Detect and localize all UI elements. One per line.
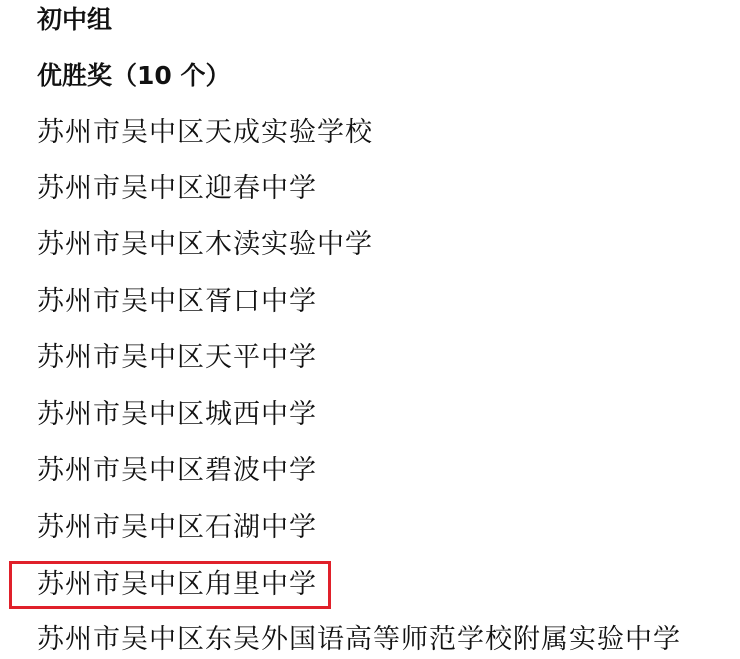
school-item: 苏州市吴中区东吴外国语高等师范学校附属实验中学 xyxy=(37,624,681,656)
school-item: 苏州市吴中区迎春中学 xyxy=(37,173,317,205)
school-item: 苏州市吴中区石湖中学 xyxy=(37,512,317,544)
school-item-highlighted: 苏州市吴中区甪里中学 xyxy=(37,569,317,601)
school-item: 苏州市吴中区天成实验学校 xyxy=(37,117,373,149)
school-item: 苏州市吴中区木渎实验中学 xyxy=(37,229,373,261)
school-item: 苏州市吴中区城西中学 xyxy=(37,399,317,431)
school-item: 苏州市吴中区碧波中学 xyxy=(37,455,317,487)
school-item: 苏州市吴中区天平中学 xyxy=(37,342,317,374)
school-item: 苏州市吴中区胥口中学 xyxy=(37,286,317,318)
group-title: 初中组 xyxy=(37,4,112,36)
award-title: 优胜奖（10 个） xyxy=(37,60,231,92)
